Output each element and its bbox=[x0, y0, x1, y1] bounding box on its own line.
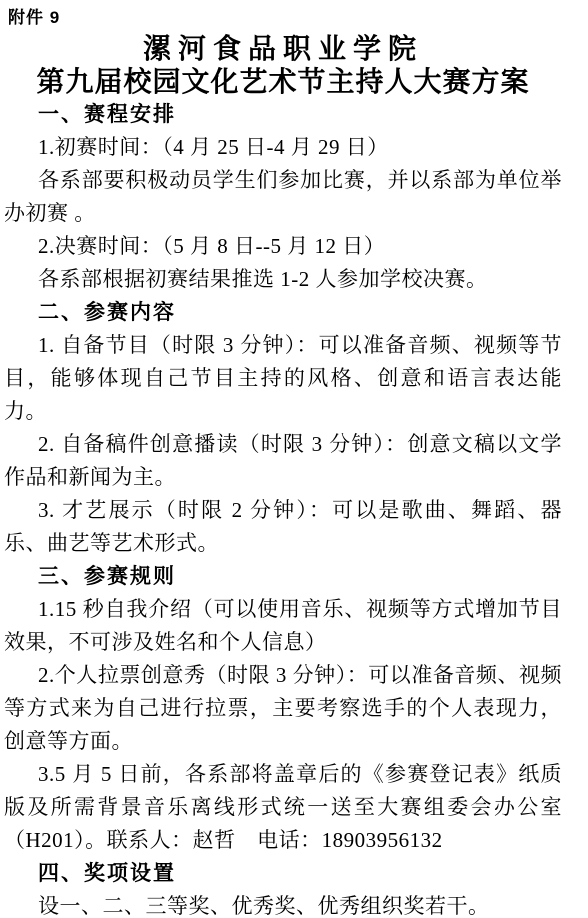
section-heading-2: 二、参赛内容 bbox=[4, 296, 562, 329]
paragraph: 各系部根据初赛结果推选 1-2 人参加学校决赛。 bbox=[4, 263, 562, 296]
section-schedule: 一、赛程安排 1.初赛时间：（4 月 25 日-4 月 29 日） 各系部要积极… bbox=[4, 98, 562, 296]
paragraph: 3.5 月 5 日前，各系部将盖章后的《参赛登记表》纸质版及所需背景音乐离线形式… bbox=[4, 758, 562, 857]
document-title-line1: 漯河食品职业学院 bbox=[4, 32, 562, 65]
paragraph: 1. 自备节目（时限 3 分钟）：可以准备音频、视频等节目，能够体现自己节目主持… bbox=[4, 329, 562, 428]
paragraph: 1.15 秒自我介绍（可以使用音乐、视频等方式增加节目效果，不可涉及姓名和个人信… bbox=[4, 593, 562, 659]
paragraph: 2. 自备稿件创意播读（时限 3 分钟）：创意文稿以文学作品和新闻为主。 bbox=[4, 428, 562, 494]
document-title-line2: 第九届校园文化艺术节主持人大赛方案 bbox=[4, 65, 562, 98]
section-heading-3: 三、参赛规则 bbox=[4, 560, 562, 593]
section-content: 二、参赛内容 1. 自备节目（时限 3 分钟）：可以准备音频、视频等节目，能够体… bbox=[4, 296, 562, 560]
section-heading-4: 四、奖项设置 bbox=[4, 857, 562, 890]
attachment-label: 附件 9 bbox=[8, 6, 562, 30]
document-page: 附件 9 漯河食品职业学院 第九届校园文化艺术节主持人大赛方案 一、赛程安排 1… bbox=[0, 0, 588, 918]
paragraph: 2.决赛时间：（5 月 8 日--5 月 12 日） bbox=[4, 230, 562, 263]
paragraph: 1.初赛时间：（4 月 25 日-4 月 29 日） bbox=[4, 131, 562, 164]
paragraph: 3. 才艺展示（时限 2 分钟）：可以是歌曲、舞蹈、器乐、曲艺等艺术形式。 bbox=[4, 494, 562, 560]
paragraph: 2.个人拉票创意秀（时限 3 分钟）：可以准备音频、视频等方式来为自己进行拉票，… bbox=[4, 659, 562, 758]
paragraph: 各系部要积极动员学生们参加比赛，并以系部为单位举办初赛 。 bbox=[4, 164, 562, 230]
section-awards: 四、奖项设置 设一、二、三等奖、优秀奖、优秀组织奖若干。 bbox=[4, 857, 562, 918]
paragraph: 设一、二、三等奖、优秀奖、优秀组织奖若干。 bbox=[4, 890, 562, 918]
section-heading-1: 一、赛程安排 bbox=[4, 98, 562, 131]
section-rules: 三、参赛规则 1.15 秒自我介绍（可以使用音乐、视频等方式增加节目效果，不可涉… bbox=[4, 560, 562, 857]
